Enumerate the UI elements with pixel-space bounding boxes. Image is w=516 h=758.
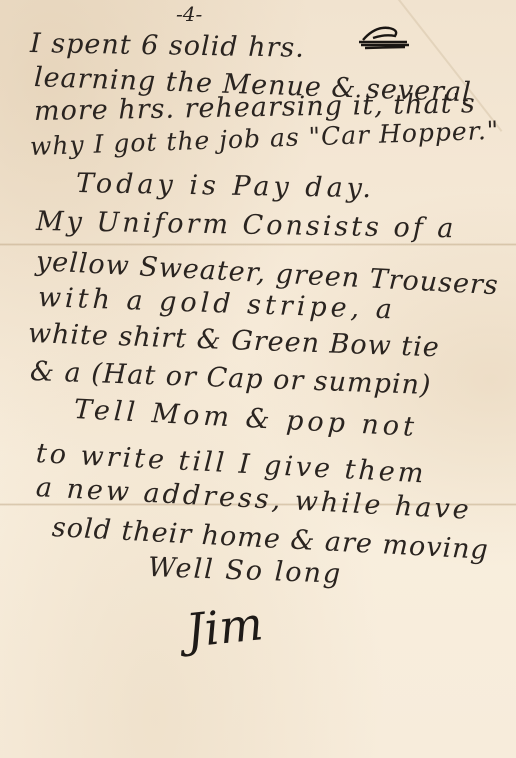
letter-page: -4- I spent 6 solid hrs. learning the Me… [0, 0, 516, 758]
crossed-out-word [355, 22, 415, 50]
letter-line-6: My Uniform Consists of a [36, 206, 457, 244]
letter-line-1: I spent 6 solid hrs. [30, 28, 305, 64]
closing-line: Well So long [147, 552, 342, 590]
letter-line-5: Today is Pay day. [76, 168, 375, 204]
letter-line-11: Tell Mom & pop not [73, 394, 419, 443]
signature: Jim [183, 596, 265, 658]
page-number: -4- [176, 2, 202, 26]
